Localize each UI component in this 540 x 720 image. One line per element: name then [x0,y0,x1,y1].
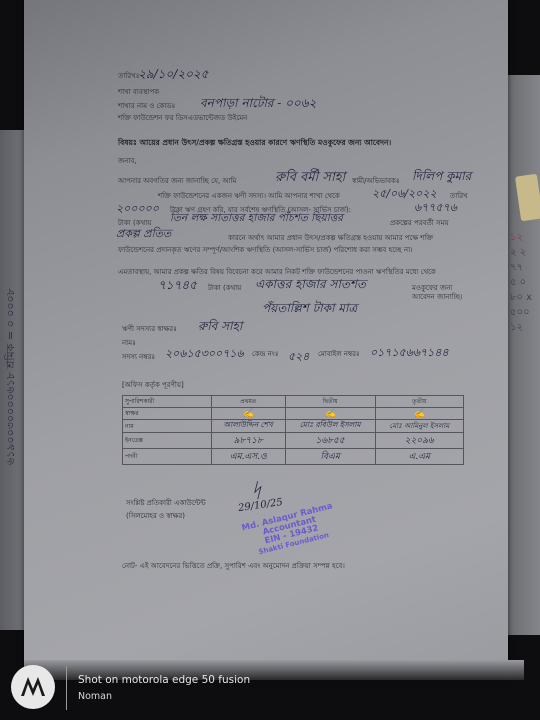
para2-text: মওকুফের জন্য আবেদন জানাচ্ছি। [412,284,467,302]
center-no: ৫২৪ [288,348,309,367]
table-row: স্বাক্ষর ✍ ✍ ✍ [123,408,464,420]
outstanding-balance: ৬৭৭৫৭৬ [414,199,457,218]
watermark-owner: Noman [78,691,112,702]
date-label: তারিখঃ [118,72,139,81]
outstanding-in-words: তিন লক্ষ সাতাত্তর হাজার পাঁচশত ছিয়াত্তর [170,211,343,228]
branch-value: বনপাড়া নাটোর - ০০৬২ [200,95,316,115]
date-value: ২৯/১০/২০২৫ [138,66,208,86]
signature-label: ঋণী সদস্যর স্বাক্ষরঃ [122,325,177,334]
waiver-in-words: একাত্তর হাজার সাতশত [255,276,366,296]
table-row: নাম আলাউদ্দিন শেখ মোঃ রবিউল ইসলাম মোঃ আম… [123,420,464,433]
left-handwritten-note: ৬১৯০০৩০০০০৬১৮ শ্রমিক = ০ ০০০৮ [2,235,24,465]
para1-text: আপনার অবগতির জন্য জানাচ্ছি যে, আমি [118,177,237,186]
approver-signature-icon: ᛋ [250,478,262,502]
table-header: দ্বিতীয় [285,396,375,408]
mobile-no: ০১৭১৫৬৬৭১৪৪ [370,344,449,363]
waiver-in-words-cont: পঁয়তাল্লিশ টাকা মাত্র [262,300,357,320]
recommendation-table: সুপারিশকারী প্রথমত দ্বিতীয় তৃতীয় স্বাক… [122,395,464,465]
table-header: তৃতীয় [375,396,463,408]
background-paper-right [508,75,540,635]
para1-text: কারনে অর্থাৎ আমার প্রধান উৎস/প্রকল্প ক্ষ… [118,232,463,256]
salutation: জনাব, [118,157,137,166]
motorola-logo-icon [11,665,55,709]
para1-text: শক্তি ফাউন্ডেশনের একজন ঋণী সদস্য। আমি আপ… [158,192,340,201]
para1-text: প্রকল্পের পরবর্তী সময় [390,219,449,228]
right-handwritten-notes: ১২ ২ ২ ৭৭ ৫ ০ ৮০ x ৫০০ ১২ [510,230,540,335]
watermark-device: Shot on motorola edge 50 fusion [78,674,250,686]
branch-label: শাখার নাম ও কোডঃ [118,102,175,111]
loan-amount: ২০০০০০ [116,200,159,219]
table-row: ইনডেক্স ৯৮৭১৮ ১৬৮৫৫ ২২০৯৬ [123,433,464,449]
note-text: নোট- এই আবেদনের ভিত্তিতে প্রক্রি, সুপারি… [122,562,345,571]
center-no-label: কেন্দ্র নংঃ [252,350,279,359]
table-header-row: সুপারিশকারী প্রথমত দ্বিতীয় তৃতীয় [123,396,464,408]
borrower-signature: রুবি সাহা [198,318,242,338]
table-row: পদবী এম.এস.ও বিএম এ.এম [123,449,464,465]
office-section-label: [অফিস কর্তৃক পূরণীয়] [122,381,184,390]
waiver-amount: ৭১৭৪৫ [158,277,197,297]
mobile-label: মোবাইল নম্বরঃ [318,350,360,359]
approver-sub: (সিলমোহর ও স্বাক্ষর) [126,512,185,521]
member-no-label: সদস্য নম্বরঃ [122,353,155,362]
organization-line: শক্তি ফাউন্ডেশন ফর ডিসএডভান্টেজড উইমেন [118,114,247,123]
para2-text: টাকা (কথায় [208,284,241,293]
name-label: নামঃ [122,339,136,348]
subject-line: বিষয়ঃ আয়ের প্রধান উৎস/প্রকল্প ক্ষতিগ্র… [118,138,391,147]
approver-label: সংশ্লিষ্ট প্রতিকারী একাউন্টেন্ট [126,499,206,508]
addressee-line: শাখা ব্যবস্থাপক [118,88,159,97]
table-header: সুপারিশকারী [123,396,212,408]
borrower-name: রুবি বর্মী সাহা [275,168,345,189]
member-no: ২০৬১৫৩০০৭১৬ [165,345,244,364]
watermark-divider [66,666,67,710]
table-header: প্রথমত [211,396,285,408]
